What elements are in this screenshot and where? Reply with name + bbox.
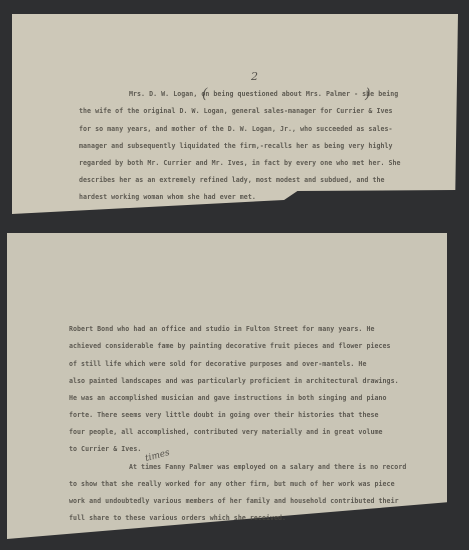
text-line: hardest working woman whom she had ever … bbox=[79, 193, 256, 201]
text-line: Robert Bond who had an office and studio… bbox=[69, 325, 375, 333]
text-line: achieved considerable fame by painting d… bbox=[69, 342, 391, 350]
text-line: He was an accomplished musician and gave… bbox=[69, 394, 387, 402]
text-line: regarded by both Mr. Currier and Mr. Ive… bbox=[79, 159, 401, 167]
text-line: the wife of the original D. W. Logan, ge… bbox=[79, 107, 393, 115]
text-line: full share to these various orders which… bbox=[69, 514, 286, 522]
document-page-2 bbox=[7, 233, 447, 539]
text-line: to Currier & Ives. bbox=[69, 445, 141, 453]
text-line: Mrs. D. W. Logan, on being questioned ab… bbox=[129, 90, 398, 98]
text-line: also painted landscapes and was particul… bbox=[69, 377, 399, 385]
text-line: manager and subsequently liquidated the … bbox=[79, 142, 393, 150]
text-line: for so many years, and mother of the D. … bbox=[79, 125, 393, 133]
text-line: At times Fanny Palmer was employed on a … bbox=[129, 463, 406, 471]
text-line: four people, all accomplished, contribut… bbox=[69, 428, 383, 436]
handwritten-page-number: 2 bbox=[251, 70, 258, 83]
text-line: work and undoubtedly various members of … bbox=[69, 497, 399, 505]
text-line: of still life which were sold for decora… bbox=[69, 360, 366, 368]
text-line: forte. There seems very little doubt in … bbox=[69, 411, 379, 419]
text-line: describes her as an extremely refined la… bbox=[79, 176, 385, 184]
text-line: to show that she really worked for any o… bbox=[69, 480, 395, 488]
